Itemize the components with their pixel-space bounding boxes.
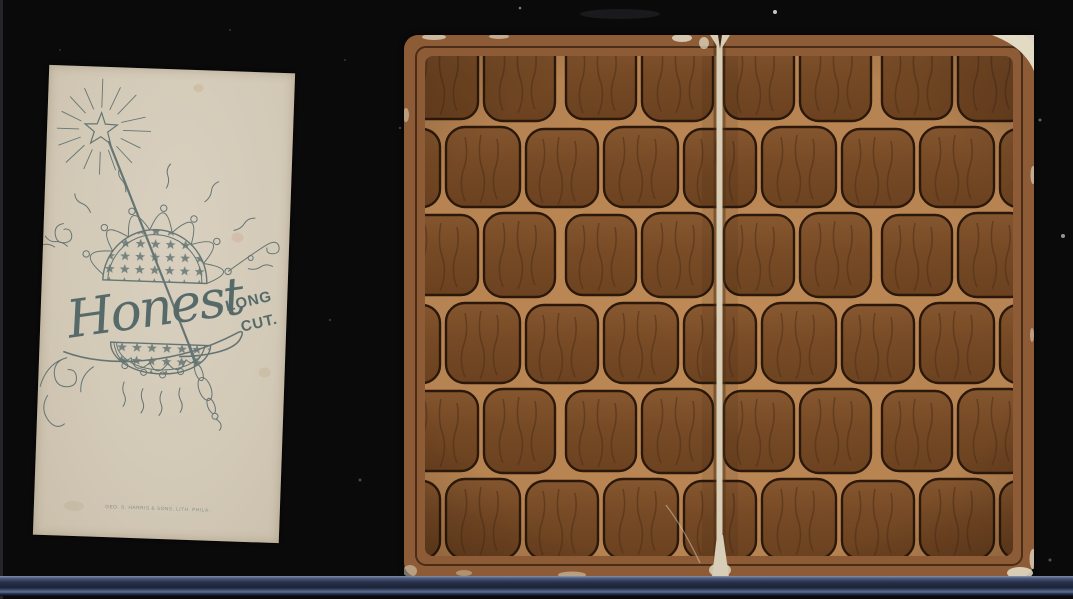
brand-script-text: Honest bbox=[62, 266, 248, 350]
card-holder-edge bbox=[0, 576, 1073, 596]
fold-shadow-right bbox=[725, 56, 738, 556]
photo-background: Honest LONG CUT. GEO. S. HARRIS & SONS, … bbox=[0, 0, 1073, 599]
starburst-rays bbox=[56, 77, 153, 176]
alligator-texture-card[interactable] bbox=[404, 35, 1034, 577]
brand-word-cut: CUT. bbox=[239, 311, 279, 336]
ornament-inkwork bbox=[33, 76, 285, 434]
fold-shadow-left bbox=[702, 56, 715, 556]
lithographer-imprint: GEO. S. HARRIS & SONS, LITH. PHILA. bbox=[105, 504, 210, 514]
photo-left-edge bbox=[0, 0, 3, 599]
star-icon bbox=[84, 112, 117, 144]
honest-long-cut-card[interactable]: Honest LONG CUT. GEO. S. HARRIS & SONS, … bbox=[33, 65, 295, 543]
